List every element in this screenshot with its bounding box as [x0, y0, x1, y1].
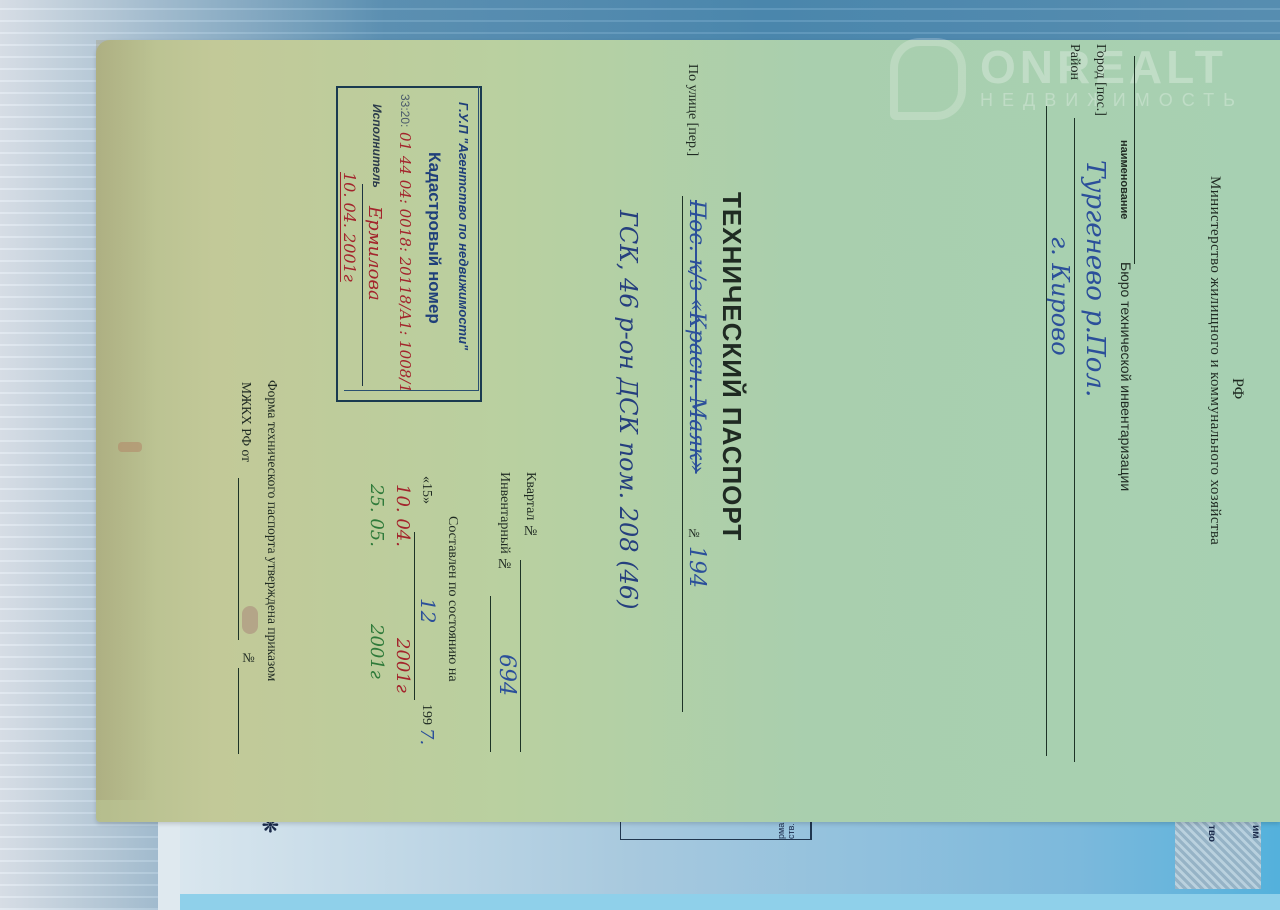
compiled-day: «15» [418, 476, 434, 504]
update-1-year: 2001г [392, 638, 413, 693]
watermark-subtitle: НЕДВИЖИМОСТЬ [980, 90, 1244, 111]
compiled-line [414, 532, 415, 700]
street-label: По улице [пер.] [684, 64, 700, 156]
compiled-year-prefix: 199 [418, 704, 434, 725]
stamp-agency: Г.У.П "Агентство по недвижимости" [456, 102, 471, 350]
underlying-edge-text: им [1250, 825, 1261, 839]
name-caption: наименование [1118, 140, 1130, 219]
security-pattern [1175, 819, 1261, 889]
house-logo-icon [890, 38, 966, 120]
compiled-label: Составлен по состоянию на [444, 516, 460, 682]
inventory-line [490, 596, 491, 752]
form-order-date-line [238, 478, 239, 640]
house-number-value: 194 [684, 546, 709, 588]
cadastral-prefix: 33:20: [398, 94, 412, 127]
executor-line [362, 184, 363, 386]
form-approval-note: Форма технического паспорта утверждена п… [264, 380, 280, 681]
form-order-number-sign: № [240, 650, 256, 665]
page-title: ТЕХНИЧЕСКИЙ ПАСПОРТ [716, 192, 747, 541]
form-order-label: МЖКХ РФ от [238, 382, 254, 462]
district-label: Район [1066, 44, 1082, 80]
executor-label: Исполнитель [370, 104, 384, 188]
underlying-edge-text: тво [1206, 825, 1217, 842]
inventory-label: Инвентарный № [496, 472, 512, 572]
paper-stain [242, 606, 258, 634]
bureau-label: Бюро технической инвентаризации [1118, 262, 1134, 491]
number-sign: № [686, 526, 701, 540]
handwritten-note: ГСК, 46 р-он ДСК пом. 208 (46) [614, 210, 642, 609]
city-line [1074, 118, 1075, 762]
country-label: РФ [1228, 378, 1246, 399]
update-2-year: 2001г [366, 624, 387, 679]
ministry-label: Министерство жилищного и коммунального х… [1206, 176, 1223, 545]
city-label: Город [пос.] [1092, 44, 1108, 116]
quarter-label: Квартал № [522, 472, 538, 539]
underlying-strip [180, 894, 1280, 910]
stamp-cadastral-title: Кадастровый номер [424, 152, 444, 324]
compiled-month: 12 [416, 598, 440, 623]
city-value: Тургенево р.Пол. [1080, 160, 1110, 397]
update-1-date: 10. 04. [392, 484, 413, 547]
street-line [682, 196, 683, 712]
executor-value: Ермилова [364, 206, 385, 301]
executor-date: 10. 04. 2001г [340, 172, 359, 282]
street-value: Пос. к/з «Красн. Маяк» [684, 200, 709, 474]
district-line [1046, 106, 1047, 756]
cadastral-number: 01 44 04: 0018: 20118/А1: 1008/1 [396, 132, 414, 393]
quarter-line [520, 560, 521, 752]
compiled-year-suffix: 7. [416, 728, 437, 745]
bureau-name-line [1134, 56, 1135, 264]
update-2-date: 25. 05. [366, 484, 387, 547]
inventory-value: 694 [494, 654, 519, 696]
district-value: г. Кирово [1046, 236, 1074, 356]
paper-tear [118, 442, 142, 452]
form-order-number-line [238, 668, 239, 754]
